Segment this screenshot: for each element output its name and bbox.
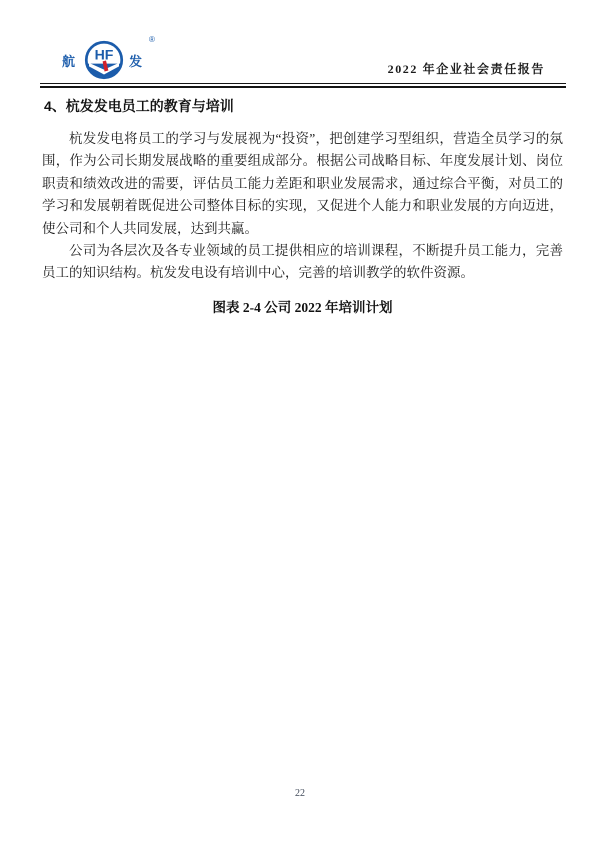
document-page: 航 HF 发 ® 2022 年企业社会责任报告 4、杭发发电员工的教育与培训 杭… [0, 0, 600, 848]
body-paragraph-1: 杭发发电将员工的学习与发展视为“投资”，把创建学习型组织，营造全员学习的氛围，作… [42, 128, 563, 240]
registered-trademark-icon: ® [149, 36, 155, 44]
company-logo: 航 HF 发 ® [61, 33, 161, 83]
page-content: 4、杭发发电员工的教育与培训 杭发发电将员工的学习与发展视为“投资”，把创建学习… [42, 96, 563, 316]
logo-left-char: 航 [62, 55, 75, 68]
section-heading: 4、杭发发电员工的教育与培训 [44, 96, 563, 116]
figure-caption: 图表 2-4 公司 2022 年培训计划 [42, 296, 563, 316]
emblem-monogram: HF [95, 47, 114, 63]
logo-right-char: 发 [129, 55, 142, 68]
report-title: 2022 年企业社会责任报告 [388, 60, 545, 77]
hf-emblem-icon: HF [84, 40, 124, 80]
body-paragraph-2: 公司为各层次及各专业领域的员工提供相应的培训课程，不断提升员工能力，完善员工的知… [42, 240, 563, 285]
page-footer: 22 [0, 783, 600, 801]
header-divider [40, 83, 566, 88]
page-number: 22 [295, 788, 305, 799]
